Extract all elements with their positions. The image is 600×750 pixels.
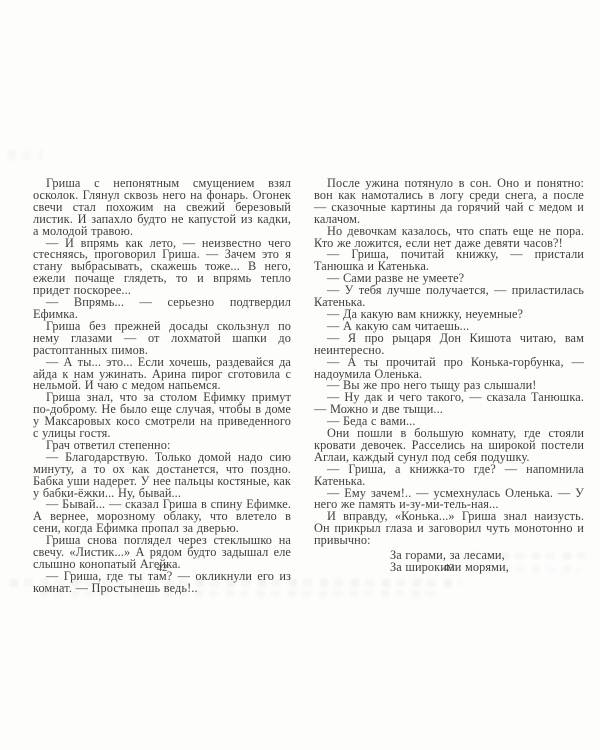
- right-page-text: После ужина потянуло в сон. Оно и понятн…: [314, 178, 584, 574]
- page-number-right: 43: [314, 562, 584, 574]
- paragraph: Но девочкам казалось, что спать еще не п…: [314, 226, 584, 250]
- paragraph: — А ты... это... Если хочешь, раздевайся…: [33, 357, 291, 393]
- paragraph: Гриша знал, что за столом Ефимку примут …: [33, 392, 291, 440]
- paragraph: Гриша без прежней досады скользнул по не…: [33, 321, 291, 357]
- paragraph: — Ну дак и чего такого, — сказала Танюшк…: [314, 392, 584, 416]
- paragraph: — Я про рыцаря Дон Кишота читаю, вам неи…: [314, 333, 584, 357]
- paragraph: — А ты прочитай про Конька-горбунка, — н…: [314, 357, 584, 381]
- paragraph: — И впрямь как лето, — неизвестно чего с…: [33, 238, 291, 298]
- paragraph: И вправду, «Конька...» Гриша знал наизус…: [314, 511, 584, 547]
- page-number-left: 42: [33, 562, 291, 574]
- paragraph: — Гриша, где ты там? — окликнули его из …: [33, 571, 291, 595]
- paragraph: — Бывай... — сказал Гриша в спину Ефимке…: [33, 499, 291, 535]
- show-through-ghost: [8, 150, 42, 160]
- paragraph: Гриша с непонятным смущением взял осколо…: [33, 178, 291, 238]
- paragraph: — Гриша, а книжка-то где? — напомнила Ка…: [314, 464, 584, 488]
- left-page-text: Гриша с непонятным смущением взял осколо…: [33, 178, 291, 595]
- right-page-paragraphs: После ужина потянуло в сон. Оно и понятн…: [314, 178, 584, 547]
- paragraph: Они пошли в большую комнату, где стояли …: [314, 428, 584, 464]
- book-spread: Гриша с непонятным смущением взял осколо…: [0, 0, 600, 750]
- paragraph: — Ему зачем!.. — усмехнулась Оленька. — …: [314, 488, 584, 512]
- paragraph: — Гриша, почитай книжку, — пристали Таню…: [314, 249, 584, 273]
- paragraph: После ужина потянуло в сон. Оно и понятн…: [314, 178, 584, 226]
- paragraph: — Впрямь... — серьезно подтвердил Ефимка…: [33, 297, 291, 321]
- paragraph: — Благодарствую. Только домой надо сию м…: [33, 452, 291, 500]
- paragraph: — У тебя лучше получается, — приластилас…: [314, 285, 584, 309]
